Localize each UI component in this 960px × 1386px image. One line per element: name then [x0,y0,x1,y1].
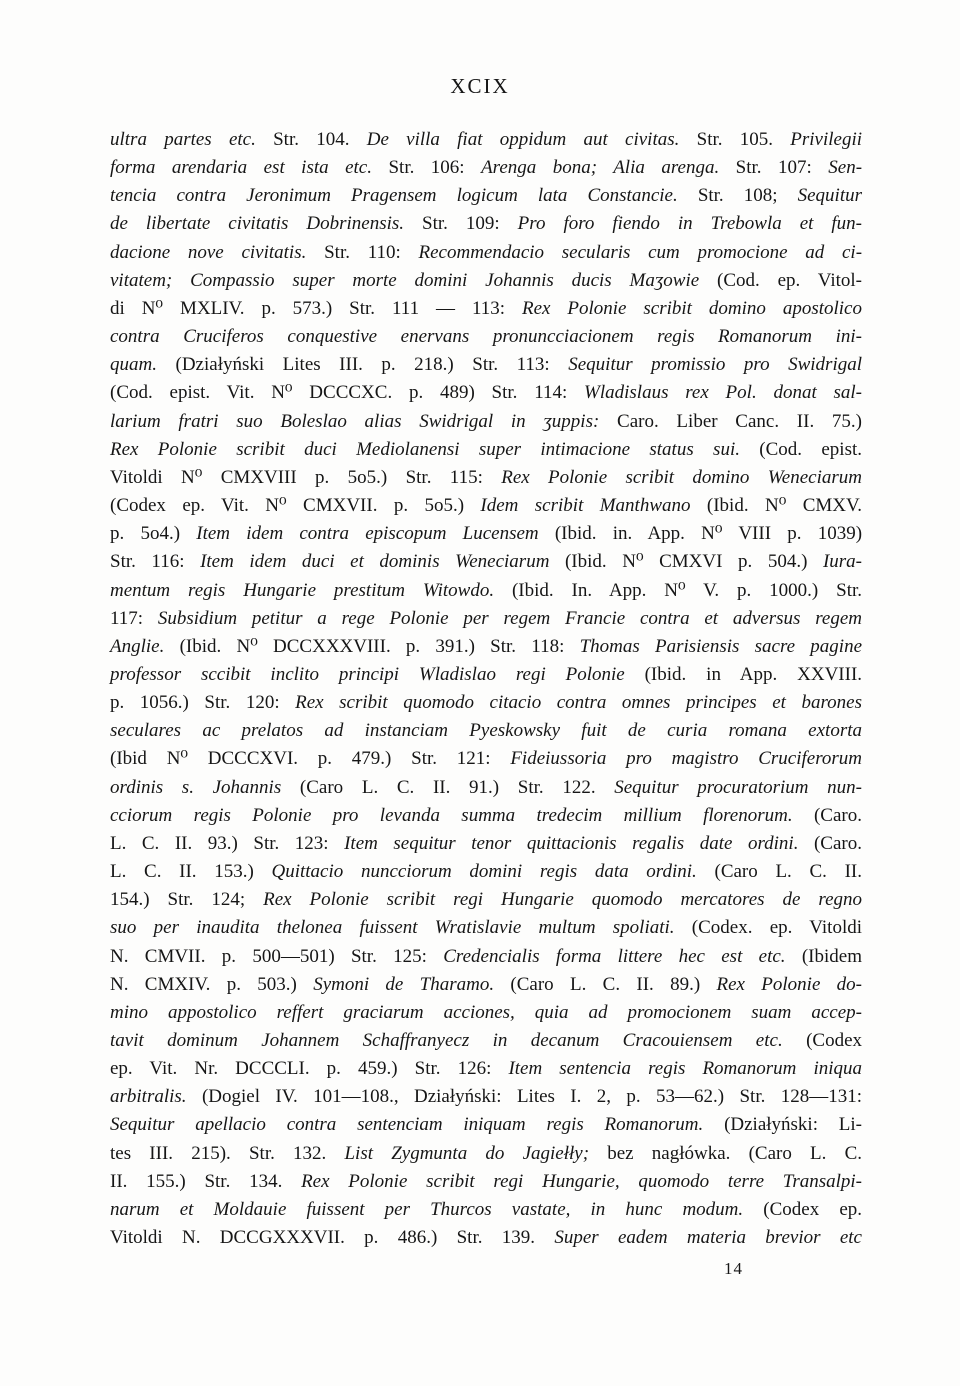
text-line: professor sccibit inclito principi Wladi… [110,661,862,689]
text-segment: (Działyński: Li- [724,1114,862,1135]
text-segment: (Codex [806,1030,862,1051]
text-segment: Item idem contra episcopum Lucensem [196,523,538,544]
text-segment: Iura- [823,551,862,572]
text-line: p. 5o4.) Item idem contra episcopum Luce… [110,520,862,548]
text-segment: (Codex. ep. Vitoldi [692,917,862,938]
text-segment: Str. 109: [422,213,500,234]
text-line: L. C. II. 153.) Quittacio nuncciorum dom… [110,858,862,886]
text-segment: Sequitur [798,185,862,206]
text-line: Anglie. (Ibid. N⁰ DCCXXXVIII. p. 391.) S… [110,633,862,661]
text-segment: Pro foro fiendo in Trebowla et fun- [518,213,862,234]
text-line: mentum regis Hungarie prestitum Witowdo.… [110,577,862,605]
text-line: Vitoldi N⁰ CMXVIII p. 5o5.) Str. 115: Re… [110,464,862,492]
text-line: contra Cruciferos conquestive enervans p… [110,323,862,351]
text-segment: Rex scribit quomodo citacio contra omnes… [295,692,862,713]
text-segment: Symoni de Tharamo. [313,974,494,995]
text-segment: cciorum regis Polonie pro levanda summa … [110,805,793,826]
text-line: narum et Moldauie fuissent per Thurcos v… [110,1196,862,1224]
text-segment: Str. 107: [736,157,812,178]
text-segment: N. CMVII. p. 500—501) Str. 125: [110,946,427,967]
text-segment: L. C. II. 153.) [110,861,254,882]
text-segment: Item sequitur tenor quittacionis regalis… [344,833,798,854]
text-segment: List Zygmunta do Jagiełły; [344,1143,589,1164]
text-segment: Subsidium petitur a rege Polonie per reg… [158,608,862,629]
text-segment: N. CMXIV. p. 503.) [110,974,297,995]
text-segment: larium fratri suo Boleslao alias Swidrig… [110,411,599,432]
text-segment: (Działyński Lites III. p. 218.) Str. 113… [176,354,550,375]
text-segment: tes III. 215). Str. 132. [110,1143,326,1164]
text-segment: mentum regis Hungarie prestitum Witowdo. [110,580,494,601]
scanned-book-page: XCIX ultra partes etc. Str. 104. De vill… [0,0,960,1386]
text-line: dacione nove civitatis. Str. 110: Recomm… [110,239,862,267]
text-segment: ep. Vit. Nr. DCCCLI. p. 459.) Str. 126: [110,1058,491,1079]
text-segment: (Ibid. N⁰ CMXVI p. 504.) [565,551,807,572]
text-line: ultra partes etc. Str. 104. De villa fia… [110,126,862,154]
text-segment: di N⁰ MXLIV. p. 573.) Str. 111 — 113: [110,298,505,319]
text-segment: Sequitur apellacio contra sentenciam ini… [110,1114,703,1135]
text-segment: dacione nove civitatis. [110,242,306,263]
text-segment: L. C. II. 93.) Str. 123: [110,833,329,854]
page-number: 14 [724,1259,743,1279]
body-text: ultra partes etc. Str. 104. De villa fia… [110,126,862,1252]
text-segment: bez nagłówka. (Caro L. C. [607,1143,862,1164]
text-segment: Rex Polonie scribit domino Weneciarum [501,467,862,488]
text-line: N. CMXIV. p. 503.) Symoni de Tharamo. (C… [110,971,862,999]
text-line: L. C. II. 93.) Str. 123: Item sequitur t… [110,830,862,858]
text-line: di N⁰ MXLIV. p. 573.) Str. 111 — 113: Re… [110,295,862,323]
text-segment: Credencialis forma littere hec est etc. [443,946,785,967]
text-segment: Sequitur procuratorium nun- [614,777,862,798]
text-segment: tavit dominum Johannem Schaffranyecz in … [110,1030,783,1051]
text-line: tes III. 215). Str. 132. List Zygmunta d… [110,1140,862,1168]
text-segment: Sen- [828,157,862,178]
text-segment: (Caro. [814,805,862,826]
text-segment: 117: [110,608,143,629]
text-segment: (Ibid. In. App. N⁰ V. p. 1000.) Str. [512,580,862,601]
text-segment: Idem scribit Manthwano [480,495,690,516]
text-segment: contra Cruciferos conquestive enervans p… [110,326,862,347]
text-segment: (Cod. epist. [759,439,862,460]
text-line: ordinis s. Johannis (Caro L. C. II. 91.)… [110,774,862,802]
text-segment: vitatem; Compassio super morte domini Jo… [110,270,699,291]
text-segment: Str. 104. [273,129,349,150]
text-segment: tencia contra Jeronimum Pragensem logicu… [110,185,678,206]
text-line: (Cod. epist. Vit. N⁰ DCCCXC. p. 489) Str… [110,379,862,407]
text-segment: narum et Moldauie fuissent per Thurcos v… [110,1199,743,1220]
text-segment: forma arendaria est ista etc. [110,157,372,178]
text-segment: (Caro L. C. II. 89.) [510,974,700,995]
text-segment: Arenga bona; Alia arenga. [481,157,719,178]
text-line: mino appostolico reffert graciarum accio… [110,999,862,1027]
text-segment: Anglie. [110,636,164,657]
text-line: cciorum regis Polonie pro levanda summa … [110,802,862,830]
text-segment: (Ibid. N⁰ DCCXXXVIII. p. 391.) Str. 118: [180,636,565,657]
text-segment: Rex Polonie scribit regi Hungarie quomod… [263,889,862,910]
text-line: Rex Polonie scribit duci Mediolanensi su… [110,436,862,464]
text-line: 154.) Str. 124; Rex Polonie scribit regi… [110,886,862,914]
text-segment: Wladislaus rex Pol. donat sal- [584,382,862,403]
text-segment: (Ibidem [802,946,862,967]
text-segment: arbitralis. [110,1086,187,1107]
text-line: N. CMVII. p. 500—501) Str. 125: Credenci… [110,943,862,971]
text-segment: (Ibid. in App. XXVIII. [645,664,862,685]
text-segment: (Ibid. in. App. N⁰ VIII p. 1039) [555,523,862,544]
text-segment: p. 1056.) Str. 120: [110,692,280,713]
text-segment: (Cod. epist. Vit. N⁰ DCCCXC. p. 489) Str… [110,382,567,403]
text-line: (Ibid N⁰ DCCCXVI. p. 479.) Str. 121: Fid… [110,745,862,773]
text-segment: Rex Polonie do- [717,974,863,995]
text-segment: Vitoldi N⁰ CMXVIII p. 5o5.) Str. 115: [110,467,483,488]
text-segment: quam. [110,354,157,375]
text-segment: de libertate civitatis Dobrinensis. [110,213,404,234]
text-line: p. 1056.) Str. 120: Rex scribit quomodo … [110,689,862,717]
text-segment: Caro. Liber Canc. II. 75.) [617,411,862,432]
text-line: suo per inaudita thelonea fuissent Wrati… [110,914,862,942]
text-segment: (Ibid. N⁰ CMXV. [707,495,862,516]
text-segment: (Codex ep. [763,1199,862,1220]
text-segment: Super eadem materia brevior etc [554,1227,862,1248]
text-line: Str. 116: Item idem duci et dominis Wene… [110,548,862,576]
text-line: tavit dominum Johannem Schaffranyecz in … [110,1027,862,1055]
text-segment: Vitoldi N. DCCGXXXVII. p. 486.) Str. 139… [110,1227,535,1248]
text-segment: Item sentencia regis Romanorum iniqua [508,1058,862,1079]
text-segment: Fideiussoria pro magistro Cruciferorum [510,748,862,769]
text-line: Vitoldi N. DCCGXXXVII. p. 486.) Str. 139… [110,1224,862,1252]
text-segment: Sequitur promissio pro Swidrigal [568,354,862,375]
text-segment: Str. 108; [698,185,778,206]
text-line: quam. (Działyński Lites III. p. 218.) St… [110,351,862,379]
text-line: ep. Vit. Nr. DCCCLI. p. 459.) Str. 126: … [110,1055,862,1083]
text-segment: p. 5o4.) [110,523,180,544]
text-segment: professor sccibit inclito principi Wladi… [110,664,625,685]
text-segment: ultra partes etc. [110,129,256,150]
text-segment: 154.) Str. 124; [110,889,245,910]
text-segment: Str. 105. [697,129,773,150]
text-line: tencia contra Jeronimum Pragensem logicu… [110,182,862,210]
text-segment: (Codex ep. Vit. N⁰ CMXVII. p. 5o5.) [110,495,464,516]
text-line: II. 155.) Str. 134. Rex Polonie scribit … [110,1168,862,1196]
text-segment: II. 155.) Str. 134. [110,1171,282,1192]
text-line: de libertate civitatis Dobrinensis. Str.… [110,210,862,238]
text-segment: De villa fiat oppidum aut civitas. [367,129,680,150]
text-segment: suo per inaudita thelonea fuissent Wrati… [110,917,675,938]
text-segment: Privilegii [790,129,862,150]
text-line: forma arendaria est ista etc. Str. 106: … [110,154,862,182]
text-line: larium fratri suo Boleslao alias Swidrig… [110,408,862,436]
text-segment: ordinis s. Johannis [110,777,281,798]
text-segment: seculares ac prelatos ad instanciam Pyes… [110,720,862,741]
text-line: seculares ac prelatos ad instanciam Pyes… [110,717,862,745]
text-line: vitatem; Compassio super morte domini Jo… [110,267,862,295]
text-segment: Rex Polonie scribit duci Mediolanensi su… [110,439,740,460]
text-line: Sequitur apellacio contra sentenciam ini… [110,1111,862,1139]
text-segment: mino appostolico reffert graciarum accio… [110,1002,862,1023]
text-line: (Codex ep. Vit. N⁰ CMXVII. p. 5o5.) Idem… [110,492,862,520]
text-line: 117: Subsidium petitur a rege Polonie pe… [110,605,862,633]
text-segment: (Caro L. C. II. 91.) Str. 122. [300,777,596,798]
text-segment: Str. 110: [324,242,401,263]
text-segment: (Cod. ep. Vitol- [717,270,862,291]
text-segment: Quittacio nuncciorum domini regis data o… [272,861,697,882]
text-segment: Rex Polonie scribit domino apostolico [522,298,862,319]
text-segment: Item idem duci et dominis Weneciarum [200,551,549,572]
text-segment: (Dogiel IV. 101—108., Działyński: Lites … [202,1086,862,1107]
text-segment: (Caro. [814,833,862,854]
text-segment: Thomas Parisiensis sacre pagine [580,636,862,657]
text-segment: Str. 116: [110,551,185,572]
page-header-roman-numeral: XCIX [0,74,960,99]
text-segment: Str. 106: [388,157,464,178]
text-segment: Rex Polonie scribit regi Hungarie, quomo… [301,1171,862,1192]
text-segment: (Ibid N⁰ DCCCXVI. p. 479.) Str. 121: [110,748,491,769]
text-segment: Recommendacio secularis cum promocione a… [419,242,863,263]
text-segment: (Caro L. C. II. [715,861,863,882]
text-line: arbitralis. (Dogiel IV. 101—108., Działy… [110,1083,862,1111]
